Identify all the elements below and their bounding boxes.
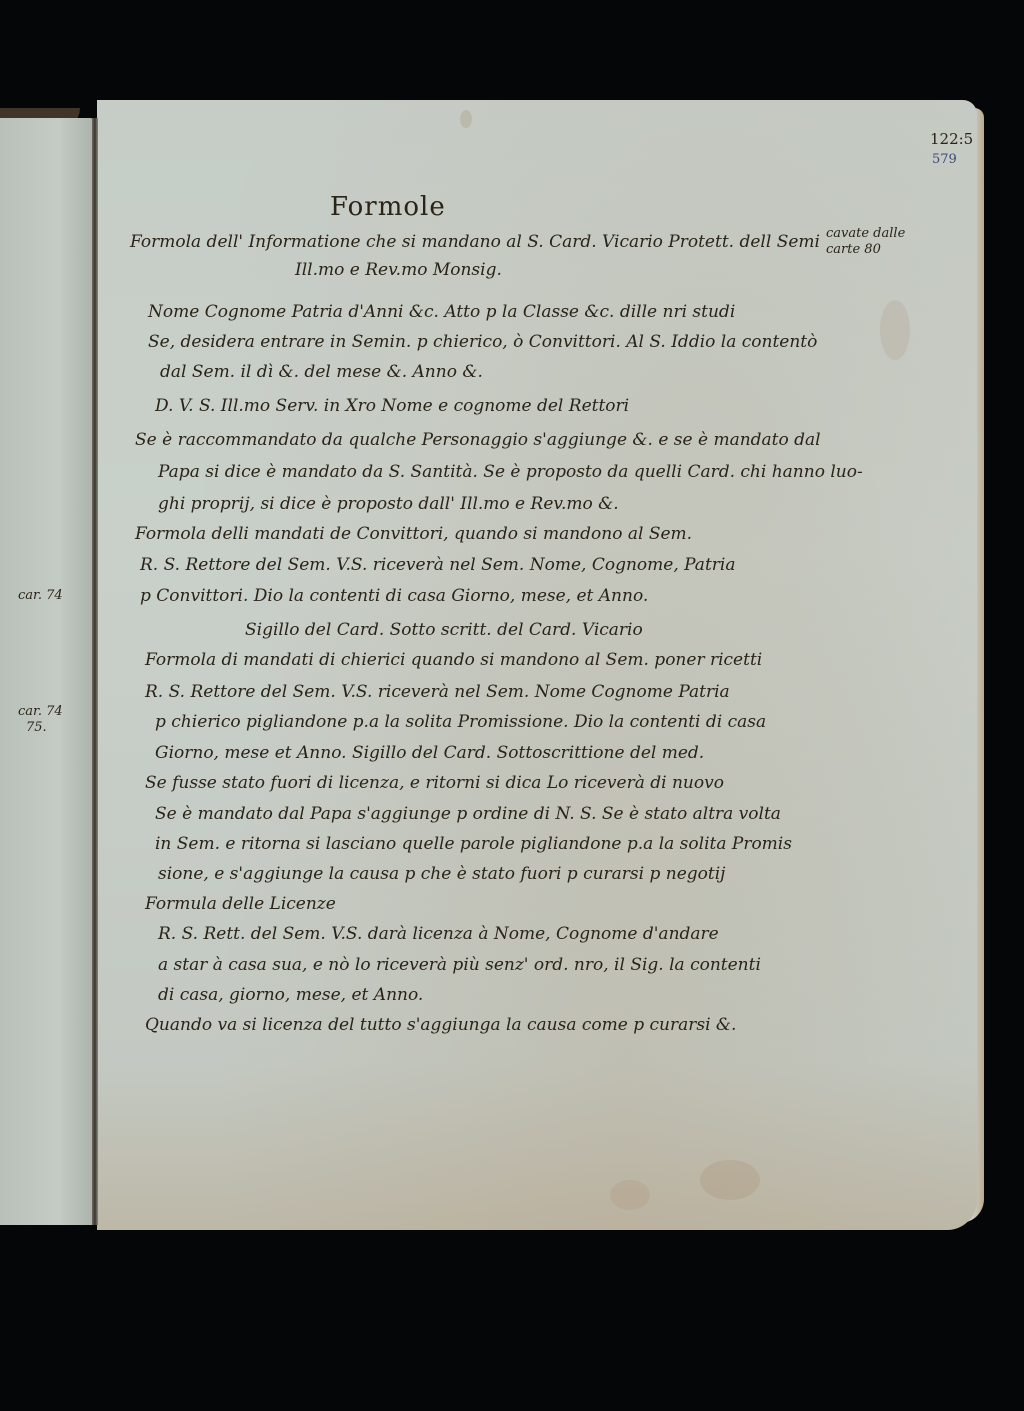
foxing-stain — [880, 300, 910, 360]
right-margin-note: cavate dalle — [826, 226, 905, 241]
foxing-stain — [610, 1180, 650, 1210]
manuscript-line: Formola delli mandati de Convittori, qua… — [135, 524, 692, 544]
manuscript-line: D. V. S. Ill.mo Serv. in Xro Nome e cogn… — [155, 396, 629, 416]
folio-stamp: 579 — [932, 152, 957, 167]
manuscript-line: R. S. Rettore del Sem. V.S. riceverà nel… — [145, 682, 730, 702]
manuscript-line: di casa, giorno, mese, et Anno. — [158, 985, 423, 1005]
left-page — [0, 118, 96, 1225]
manuscript-line: Giorno, mese et Anno. Sigillo del Card. … — [155, 743, 704, 763]
manuscript-line: Nome Cognome Patria d'Anni &c. Atto p la… — [148, 302, 735, 322]
page-title: Formole — [330, 192, 446, 222]
foxing-stain — [700, 1160, 760, 1200]
manuscript-line: sione, e s'aggiunge la causa p che è sta… — [158, 864, 725, 884]
folio-number: 122:5 — [930, 130, 973, 148]
manuscript-line: ghi proprij, si dice è proposto dall' Il… — [158, 494, 619, 514]
manuscript-line: Formola dell' Informatione che si mandan… — [130, 232, 820, 252]
manuscript-line: Sigillo del Card. Sotto scritt. del Card… — [245, 620, 643, 640]
manuscript-line: Quando va si licenza del tutto s'aggiung… — [145, 1015, 736, 1035]
manuscript-line: Se è mandato dal Papa s'aggiunge p ordin… — [155, 804, 781, 824]
manuscript-line: in Sem. e ritorna si lasciano quelle par… — [155, 834, 792, 854]
foxing-stain — [460, 110, 472, 128]
manuscript-line: Papa si dice è mandato da S. Santità. Se… — [158, 462, 863, 482]
book-gutter — [92, 118, 98, 1225]
manuscript-line: dal Sem. il dì &. del mese &. Anno &. — [160, 362, 483, 382]
right-margin-note: carte 80 — [826, 242, 881, 257]
manuscript-line: Se fusse stato fuori di licenza, e ritor… — [145, 773, 724, 793]
manuscript-line: Ill.mo e Rev.mo Monsig. — [295, 260, 502, 280]
left-margin-note: car. 74 — [18, 704, 63, 719]
left-margin-note: car. 74 — [18, 588, 63, 603]
manuscript-line: p chierico pigliandone p.a la solita Pro… — [155, 712, 766, 732]
manuscript-line: p Convittori. Dio la contenti di casa Gi… — [140, 586, 648, 606]
left-margin-note: 75. — [26, 720, 47, 735]
manuscript-line: Se è raccommandato da qualche Personaggi… — [135, 430, 821, 450]
manuscript-line: R. S. Rett. del Sem. V.S. darà licenza à… — [158, 924, 719, 944]
manuscript-line: Formola di mandati di chierici quando si… — [145, 650, 762, 670]
manuscript-line: Formula delle Licenze — [145, 894, 336, 914]
manuscript-line: Se, desidera entrare in Semin. p chieric… — [148, 332, 817, 352]
manuscript-line: R. S. Rettore del Sem. V.S. riceverà nel… — [140, 555, 735, 575]
manuscript-line: a star à casa sua, e nò lo riceverà più … — [158, 955, 761, 975]
